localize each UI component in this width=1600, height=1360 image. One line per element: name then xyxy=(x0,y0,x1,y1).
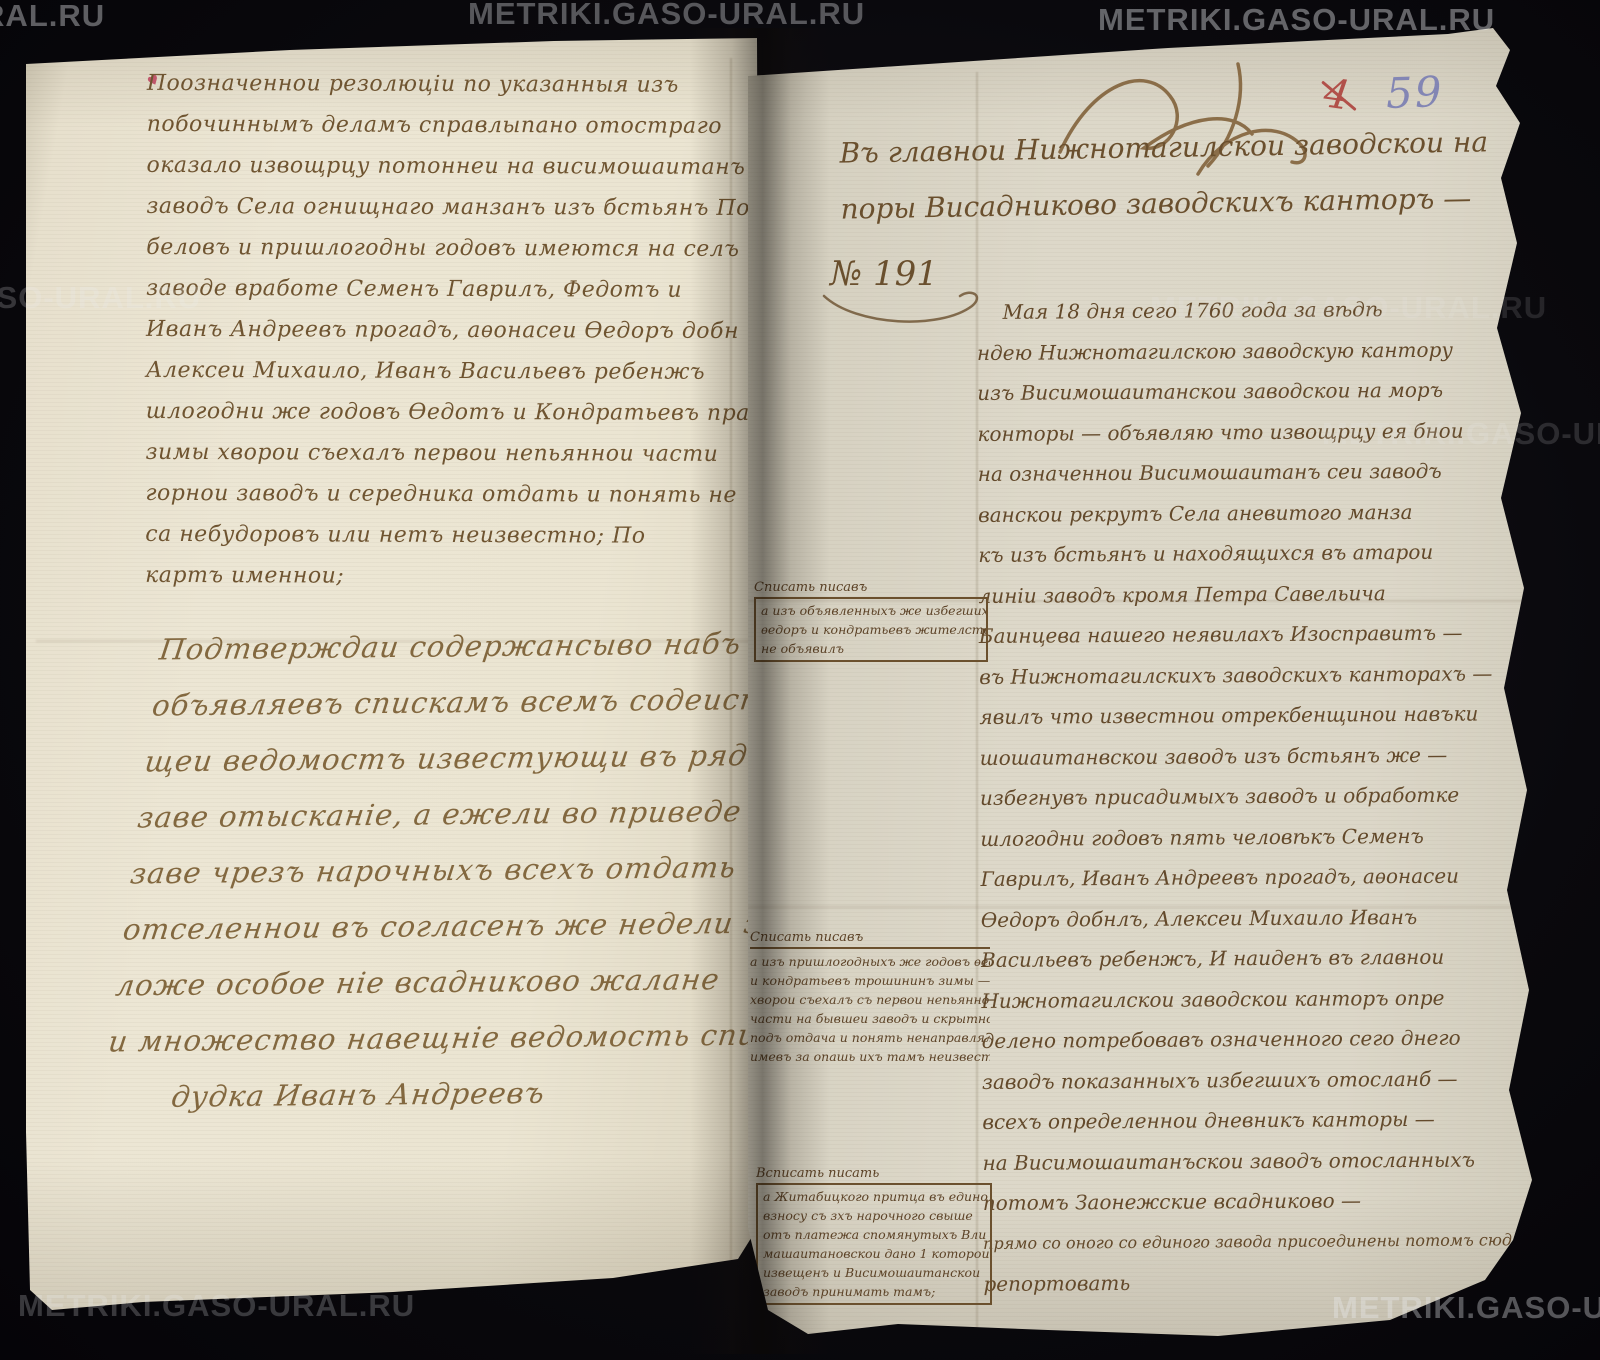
handwritten-line: части на бывшеи заводъ и скрытно xyxy=(750,1009,990,1028)
handwritten-line: оказало извощрцу потоннеи на висимошаита… xyxy=(147,145,760,188)
handwritten-line: ндею Нижнотагилскою заводскую кантору xyxy=(977,329,1547,373)
handwritten-line: и множество навещніе ведомость спискамъ xyxy=(105,1007,760,1070)
handwritten-line: Васильевъ ребенжъ, И наиденъ въ главнои xyxy=(981,936,1548,980)
document-number: № 191 xyxy=(830,254,938,294)
site-watermark: METRIKI.GASO-URAL.RU xyxy=(468,0,865,32)
handwritten-line: горнои заводъ и середника отдать и понят… xyxy=(145,473,760,516)
right-page-body-text: Мая 18 дня сего 1760 года за вѣдѣндею Ни… xyxy=(976,288,1548,1304)
handwritten-line: въ Нижнотагилскихъ заводскихъ канторахъ … xyxy=(979,653,1548,697)
margin-note-body: а изъ объявленныхъ же избегшихъѳедоръ и … xyxy=(754,597,988,662)
margin-note-header: Всписать писать xyxy=(756,1166,992,1181)
margin-note-header: Списать писавъ xyxy=(754,580,988,595)
handwritten-line: явилъ что известнои отрекбенщинои навъки xyxy=(979,693,1548,737)
handwritten-line: заводе вработе Семенъ Гаврилъ, Федотъ и xyxy=(146,268,760,311)
handwritten-line: извещенъ и Висимошаитанскои xyxy=(763,1263,985,1282)
handwritten-line: и кондратьевъ трошининъ зимы — xyxy=(750,971,990,990)
manuscript-photo-stage: ♥ Поозначеннои резолюціи по указанныя из… xyxy=(0,0,1600,1360)
left-page-paragraph-1: Поозначеннои резолюціи по указанныя изъп… xyxy=(145,63,760,598)
handwritten-line: са небудоровъ или нетъ неизвестно; По xyxy=(145,514,760,557)
crossed-out-folio-number: 4 xyxy=(1321,70,1353,119)
handwritten-line: а Житабицкого притца въ едино xyxy=(763,1187,985,1206)
handwritten-line: на Висимошаитанъскои заводъ отосланныхъ xyxy=(982,1139,1548,1183)
handwritten-line: картъ именнои; xyxy=(145,555,760,598)
handwritten-line: заводъ принимать тамъ; xyxy=(763,1282,985,1301)
handwritten-line: взносу съ зхъ нарочного свыше xyxy=(763,1206,985,1225)
handwritten-line: шошаитанвскои заводъ изъ бстьянъ же — xyxy=(980,734,1548,778)
handwritten-line: машаитановскои дано 1 которои xyxy=(763,1244,985,1263)
right-page: 4 59 Въ главнои Нижнотагилскои заводскои… xyxy=(748,28,1548,1354)
handwritten-line: побочиннымъ деламъ справлыпано отостраго xyxy=(147,104,760,147)
handwritten-line: репортовать xyxy=(983,1260,1548,1304)
handwritten-line: имевъ за опашь ихъ тамъ неизвестъ xyxy=(750,1047,990,1066)
handwritten-line: Поозначеннои резолюціи по указанныя изъ xyxy=(147,63,760,106)
left-page: ♥ Поозначеннои резолюціи по указанныя из… xyxy=(26,38,760,1310)
handwritten-line: къ изъ бстьянъ и находящихся въ атарои xyxy=(978,531,1548,575)
handwritten-line: подъ отдача и понять ненаправлялась xyxy=(750,1028,990,1047)
margin-note-3: Всписать писать а Житабицкого притца въ … xyxy=(756,1166,992,1305)
underline-flourish xyxy=(820,288,1000,328)
site-watermark: METRIKI.GASO-URAL.RU xyxy=(1098,2,1495,38)
handwritten-line: делено потребовавъ означенного сего днег… xyxy=(982,1017,1548,1061)
handwritten-line: изъ Висимошаитанскои заводскои на моръ xyxy=(977,369,1547,413)
handwritten-line: заводъ Села огнищнаго манзанъ изъ бстьян… xyxy=(146,186,760,229)
handwritten-line: щеи ведомостъ известующи въ ряде сыска xyxy=(141,727,760,790)
margin-note-body: а Житабицкого притца въ единовзносу съ з… xyxy=(756,1183,992,1305)
site-watermark: METRIKI.GASO-URAL.RU xyxy=(0,0,105,34)
handwritten-line: ложе особое ніе всадниково жалане xyxy=(112,951,760,1014)
handwritten-line: заве отысканіе, а ежели во приведе xyxy=(134,783,760,846)
margin-note-1: Списать писавъ а изъ объявленныхъ же изб… xyxy=(754,580,988,662)
handwritten-line: линіи заводъ кромя Петра Савельича xyxy=(978,572,1548,616)
handwritten-line: отселеннои въ согласенъ же недели заве xyxy=(120,895,760,958)
handwritten-line: дудка Иванъ Андреевъ xyxy=(98,1063,760,1126)
handwritten-line: заве чрезъ нарочныхъ всехъ отдать xyxy=(127,839,760,902)
handwritten-line: Алексеи Михаило, Иванъ Васильевъ ребенжъ xyxy=(146,350,760,393)
folio-number: 59 xyxy=(1385,67,1444,118)
handwritten-line: беловъ и пришлогодны годовъ имеются на с… xyxy=(146,227,760,270)
handwritten-line: зимы хворои съехалъ первои непьяннои час… xyxy=(146,432,760,475)
handwritten-line: всехъ определеннои дневникъ канторы — xyxy=(982,1098,1548,1142)
handwritten-line: шлогодни же годовъ Ѳедотъ и Кондратьевъ … xyxy=(146,391,760,434)
handwritten-line: а изъ пришлогодныхъ же годовъ ѳед xyxy=(750,952,990,971)
handwritten-line: объявляевъ спискамъ всемъ содеиствіемъ б… xyxy=(149,671,760,734)
handwritten-line: избегнувъ присадимыхъ заводъ и обработке xyxy=(980,774,1548,818)
margin-note-2: Списать писавъ а изъ пришлогодныхъ же го… xyxy=(750,930,990,1066)
handwritten-line: не объявилъ xyxy=(761,639,981,658)
handwritten-line: ѳедоръ и кондратьевъ жителства xyxy=(761,620,981,639)
handwritten-line: Ѳедоръ добнлъ, Алексеи Михаило Иванъ xyxy=(981,896,1548,940)
handwritten-line: шлогодни годовъ пять человѣкъ Семенъ xyxy=(980,815,1548,859)
handwritten-line: Нижнотагилскои заводскои канторъ опре xyxy=(981,977,1548,1021)
margin-note-body: а изъ пришлогодныхъ же годовъ ѳеди кондр… xyxy=(750,947,990,1066)
handwritten-line: Баинцева нашего неявилахъ Изосправитъ — xyxy=(979,612,1548,656)
handwritten-line: потомъ Заонежские всадниково — xyxy=(983,1179,1548,1223)
handwritten-line: Иванъ Андреевъ прогадъ, аѳонасеи Ѳедоръ … xyxy=(146,309,760,352)
margin-note-header: Списать писавъ xyxy=(750,930,990,945)
handwritten-line: хворои съехалъ съ первои непьяннои xyxy=(750,990,990,1009)
left-page-paragraph-2: Подтверждаи содержансыво набъ помяншниоб… xyxy=(98,615,760,1126)
handwritten-line: Подтверждаи содержансыво набъ помяншни xyxy=(156,615,760,678)
handwritten-line: Гаврилъ, Иванъ Андреевъ прогадъ, аѳонасе… xyxy=(980,855,1548,899)
handwritten-line: заводъ показанныхъ избегшихъ отосланб — xyxy=(982,1058,1548,1102)
handwritten-line: конторы — объявляю что извощрцу ея бнои xyxy=(977,410,1547,454)
margin-fold-crease xyxy=(976,72,978,1338)
handwritten-line: на означеннои Висимошаитанъ сеи заводъ xyxy=(978,450,1548,494)
handwritten-line: а изъ объявленныхъ же избегшихъ xyxy=(761,601,981,620)
handwritten-line: ванскои рекрутъ Села аневитого манза xyxy=(978,491,1548,535)
handwritten-line: поры Висадниково заводскихъ канторъ — xyxy=(840,170,1489,237)
handwritten-line: отъ платежа спомянутыхъ Вли xyxy=(763,1225,985,1244)
handwritten-line: Мая 18 дня сего 1760 года за вѣдѣ xyxy=(976,288,1546,332)
right-page-heading: Въ главнои Нижнотагилскои заводскои напо… xyxy=(839,114,1489,237)
handwritten-line: прямо со оного со единого завода присоед… xyxy=(983,1220,1548,1264)
